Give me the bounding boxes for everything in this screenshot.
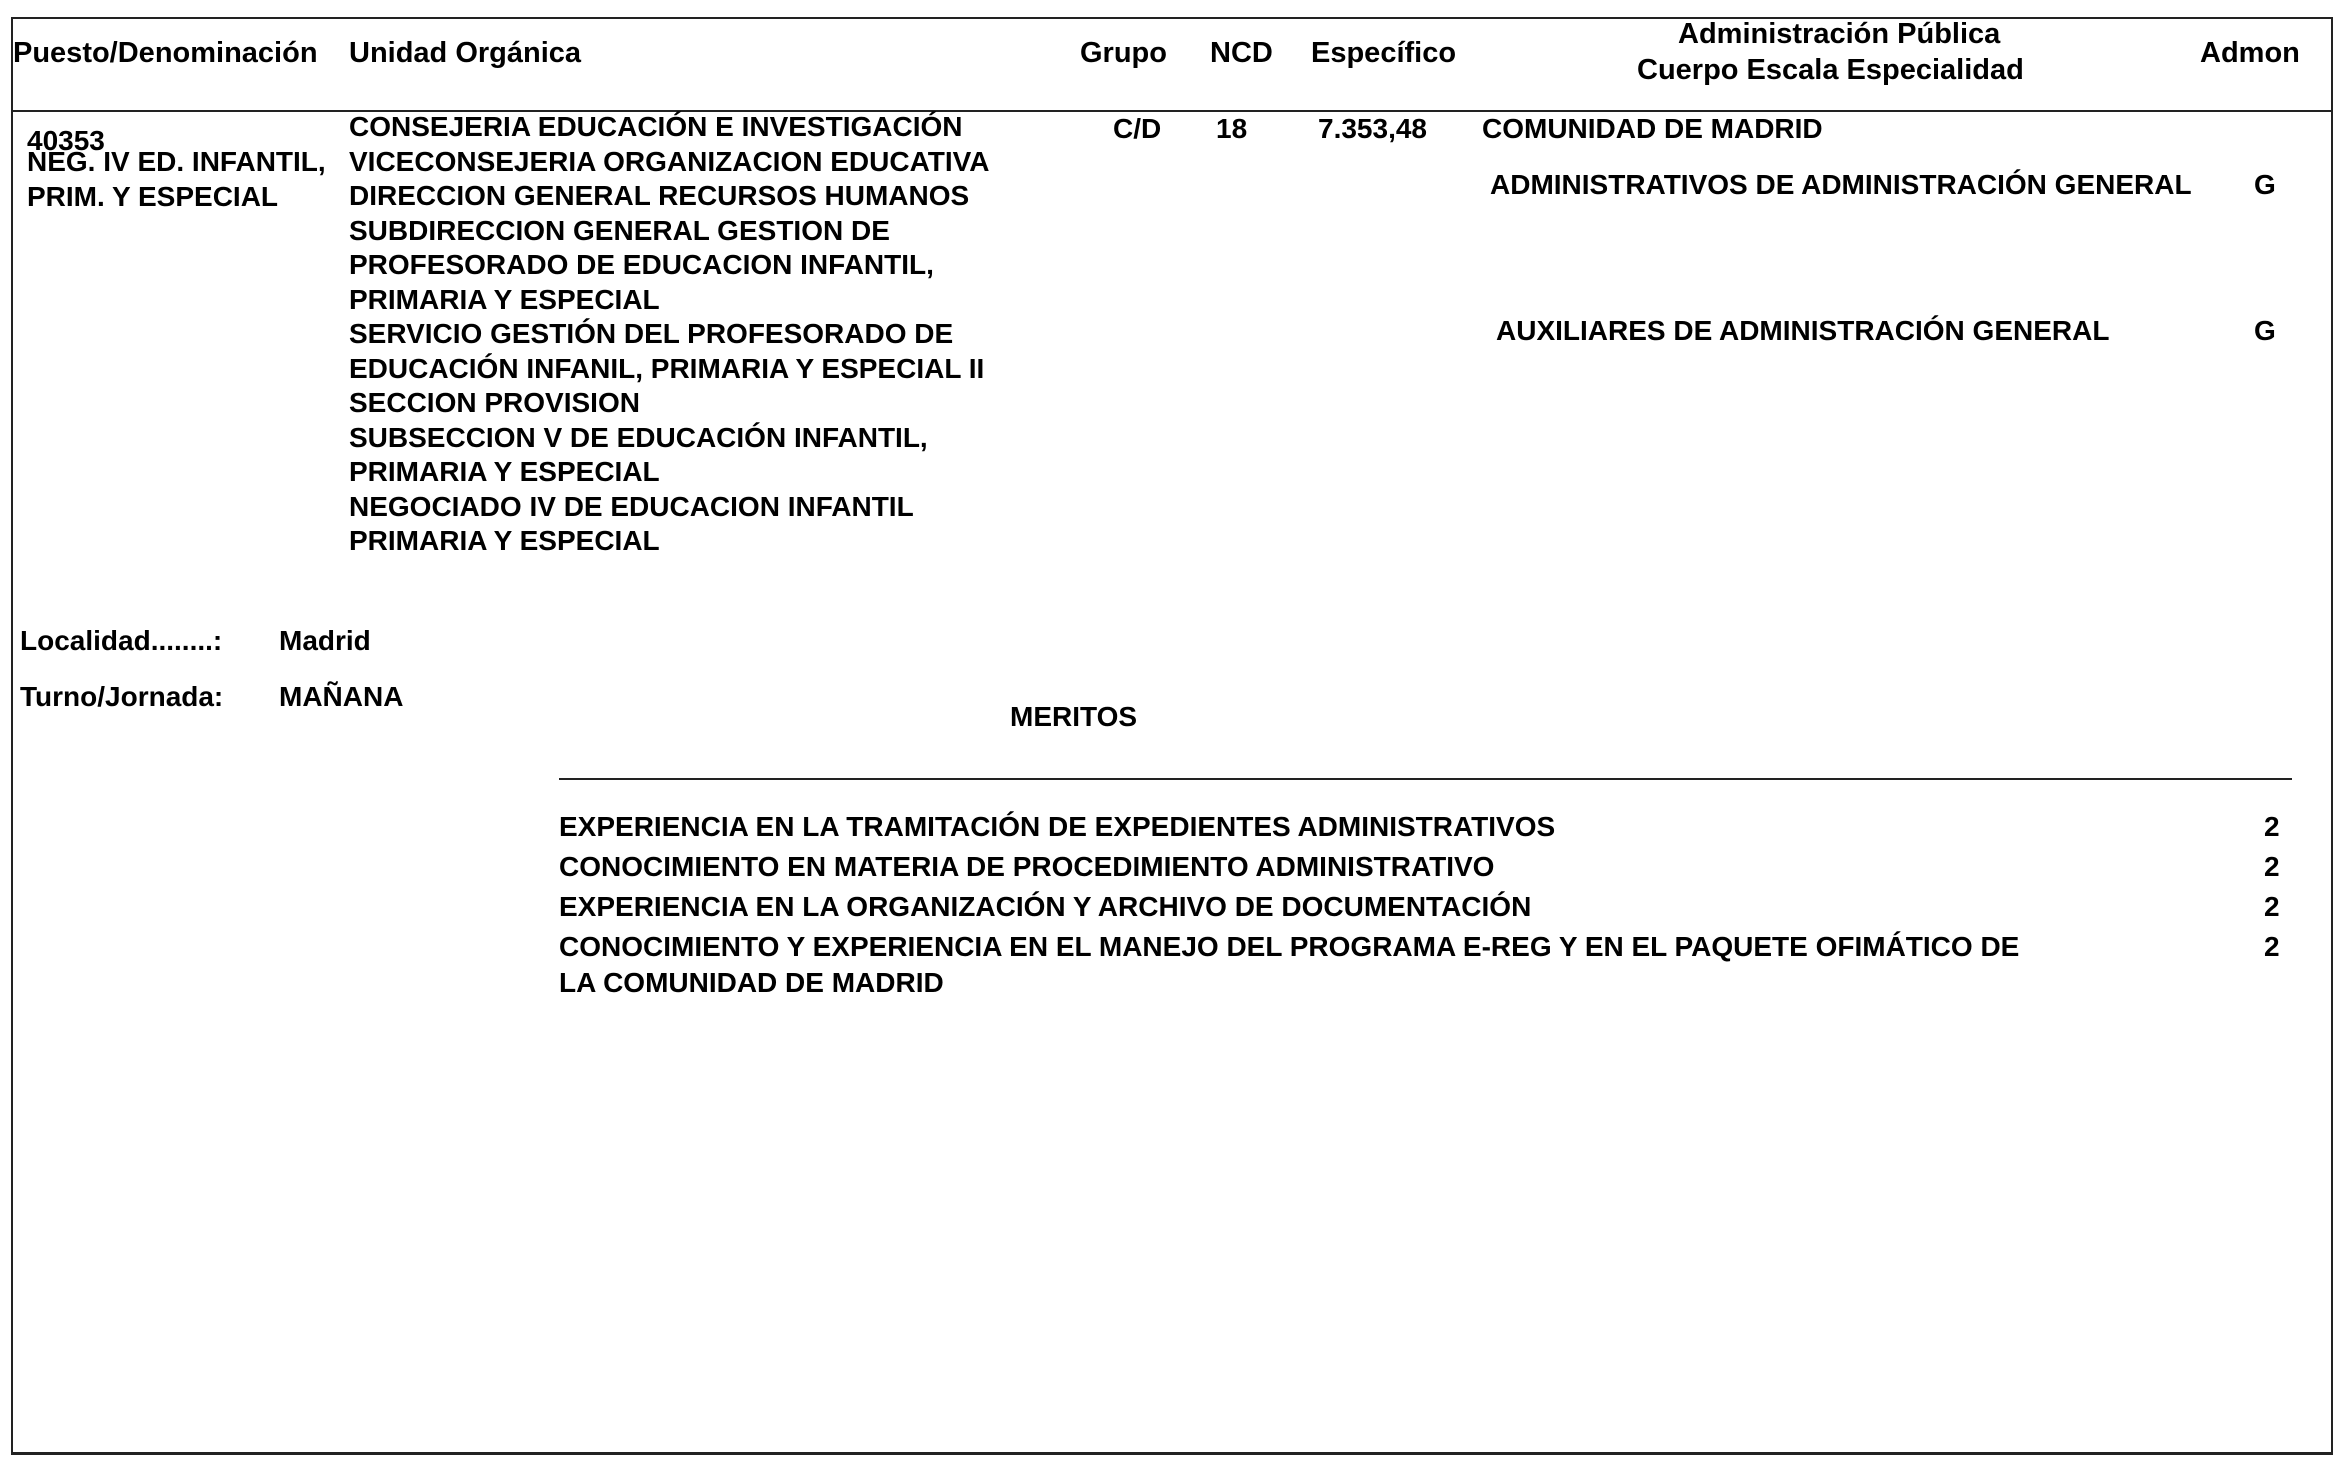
merito-text: CONOCIMIENTO Y EXPERIENCIA EN EL MANEJO … (559, 930, 2019, 964)
turno-value: MAÑANA (279, 680, 403, 714)
merito-points: 2 (2264, 850, 2280, 884)
header-admin-line2: Cuerpo Escala Especialidad (1637, 53, 2024, 87)
header-admon: Admon (2200, 36, 2300, 70)
meritos-divider (559, 778, 2292, 780)
merito-text: CONOCIMIENTO EN MATERIA DE PROCEDIMIENTO… (559, 850, 1494, 884)
header-grupo: Grupo (1080, 36, 1167, 70)
grupo-value: C/D (1113, 112, 1161, 146)
unidad-organica-line: SECCION PROVISION (349, 386, 989, 421)
header-unidad: Unidad Orgánica (349, 36, 581, 70)
meritos-title: MERITOS (1010, 700, 1137, 734)
merito-text: EXPERIENCIA EN LA TRAMITACIÓN DE EXPEDIE… (559, 810, 1555, 844)
merito-points: 2 (2264, 930, 2280, 964)
especifico-value: 7.353,48 (1318, 112, 1427, 146)
cuerpo-name: AUXILIARES DE ADMINISTRACIÓN GENERAL (1496, 314, 2109, 348)
unidad-organica-line: SERVICIO GESTIÓN DEL PROFESORADO DE (349, 317, 989, 352)
administracion-value: COMUNIDAD DE MADRID (1482, 112, 1823, 146)
unidad-organica-line: PRIMARIA Y ESPECIAL (349, 283, 989, 318)
merito-points: 2 (2264, 810, 2280, 844)
merito-text: EXPERIENCIA EN LA ORGANIZACIÓN Y ARCHIVO… (559, 890, 1531, 924)
unidad-organica-line: VICECONSEJERIA ORGANIZACION EDUCATIVA (349, 145, 989, 180)
cuerpo-admon: G (2254, 314, 2276, 348)
unidad-organica-line: DIRECCION GENERAL RECURSOS HUMANOS (349, 179, 989, 214)
unidad-organica-line: CONSEJERIA EDUCACIÓN E INVESTIGACIÓN (349, 110, 989, 145)
header-puesto: Puesto/Denominación (13, 36, 318, 70)
merito-points: 2 (2264, 890, 2280, 924)
unidad-organica-line: NEGOCIADO IV DE EDUCACION INFANTIL (349, 490, 989, 525)
ncd-value: 18 (1216, 112, 1247, 146)
header-especifico: Específico (1311, 36, 1456, 70)
localidad-label: Localidad........: (20, 624, 222, 658)
cuerpo-admon: G (2254, 168, 2276, 202)
localidad-value: Madrid (279, 624, 371, 658)
unidad-organica-line: PROFESORADO DE EDUCACION INFANTIL, (349, 248, 989, 283)
puesto-denominacion: NEG. IV ED. INFANTIL, PRIM. Y ESPECIAL (27, 145, 326, 214)
unidad-organica-line: SUBSECCION V DE EDUCACIÓN INFANTIL, (349, 421, 989, 456)
unidad-organica-line: PRIMARIA Y ESPECIAL (349, 524, 989, 559)
unidad-organica-line: PRIMARIA Y ESPECIAL (349, 455, 989, 490)
unidad-organica-line: EDUCACIÓN INFANIL, PRIMARIA Y ESPECIAL I… (349, 352, 989, 387)
unidad-organica-line: SUBDIRECCION GENERAL GESTION DE (349, 214, 989, 249)
turno-label: Turno/Jornada: (20, 680, 223, 714)
header-admin-line1: Administración Pública (1678, 17, 2000, 51)
unidad-organica: CONSEJERIA EDUCACIÓN E INVESTIGACIÓNVICE… (349, 110, 989, 559)
cuerpo-name: ADMINISTRATIVOS DE ADMINISTRACIÓN GENERA… (1490, 168, 2192, 202)
header-ncd: NCD (1210, 36, 1273, 70)
merito-text: LA COMUNIDAD DE MADRID (559, 966, 944, 1000)
